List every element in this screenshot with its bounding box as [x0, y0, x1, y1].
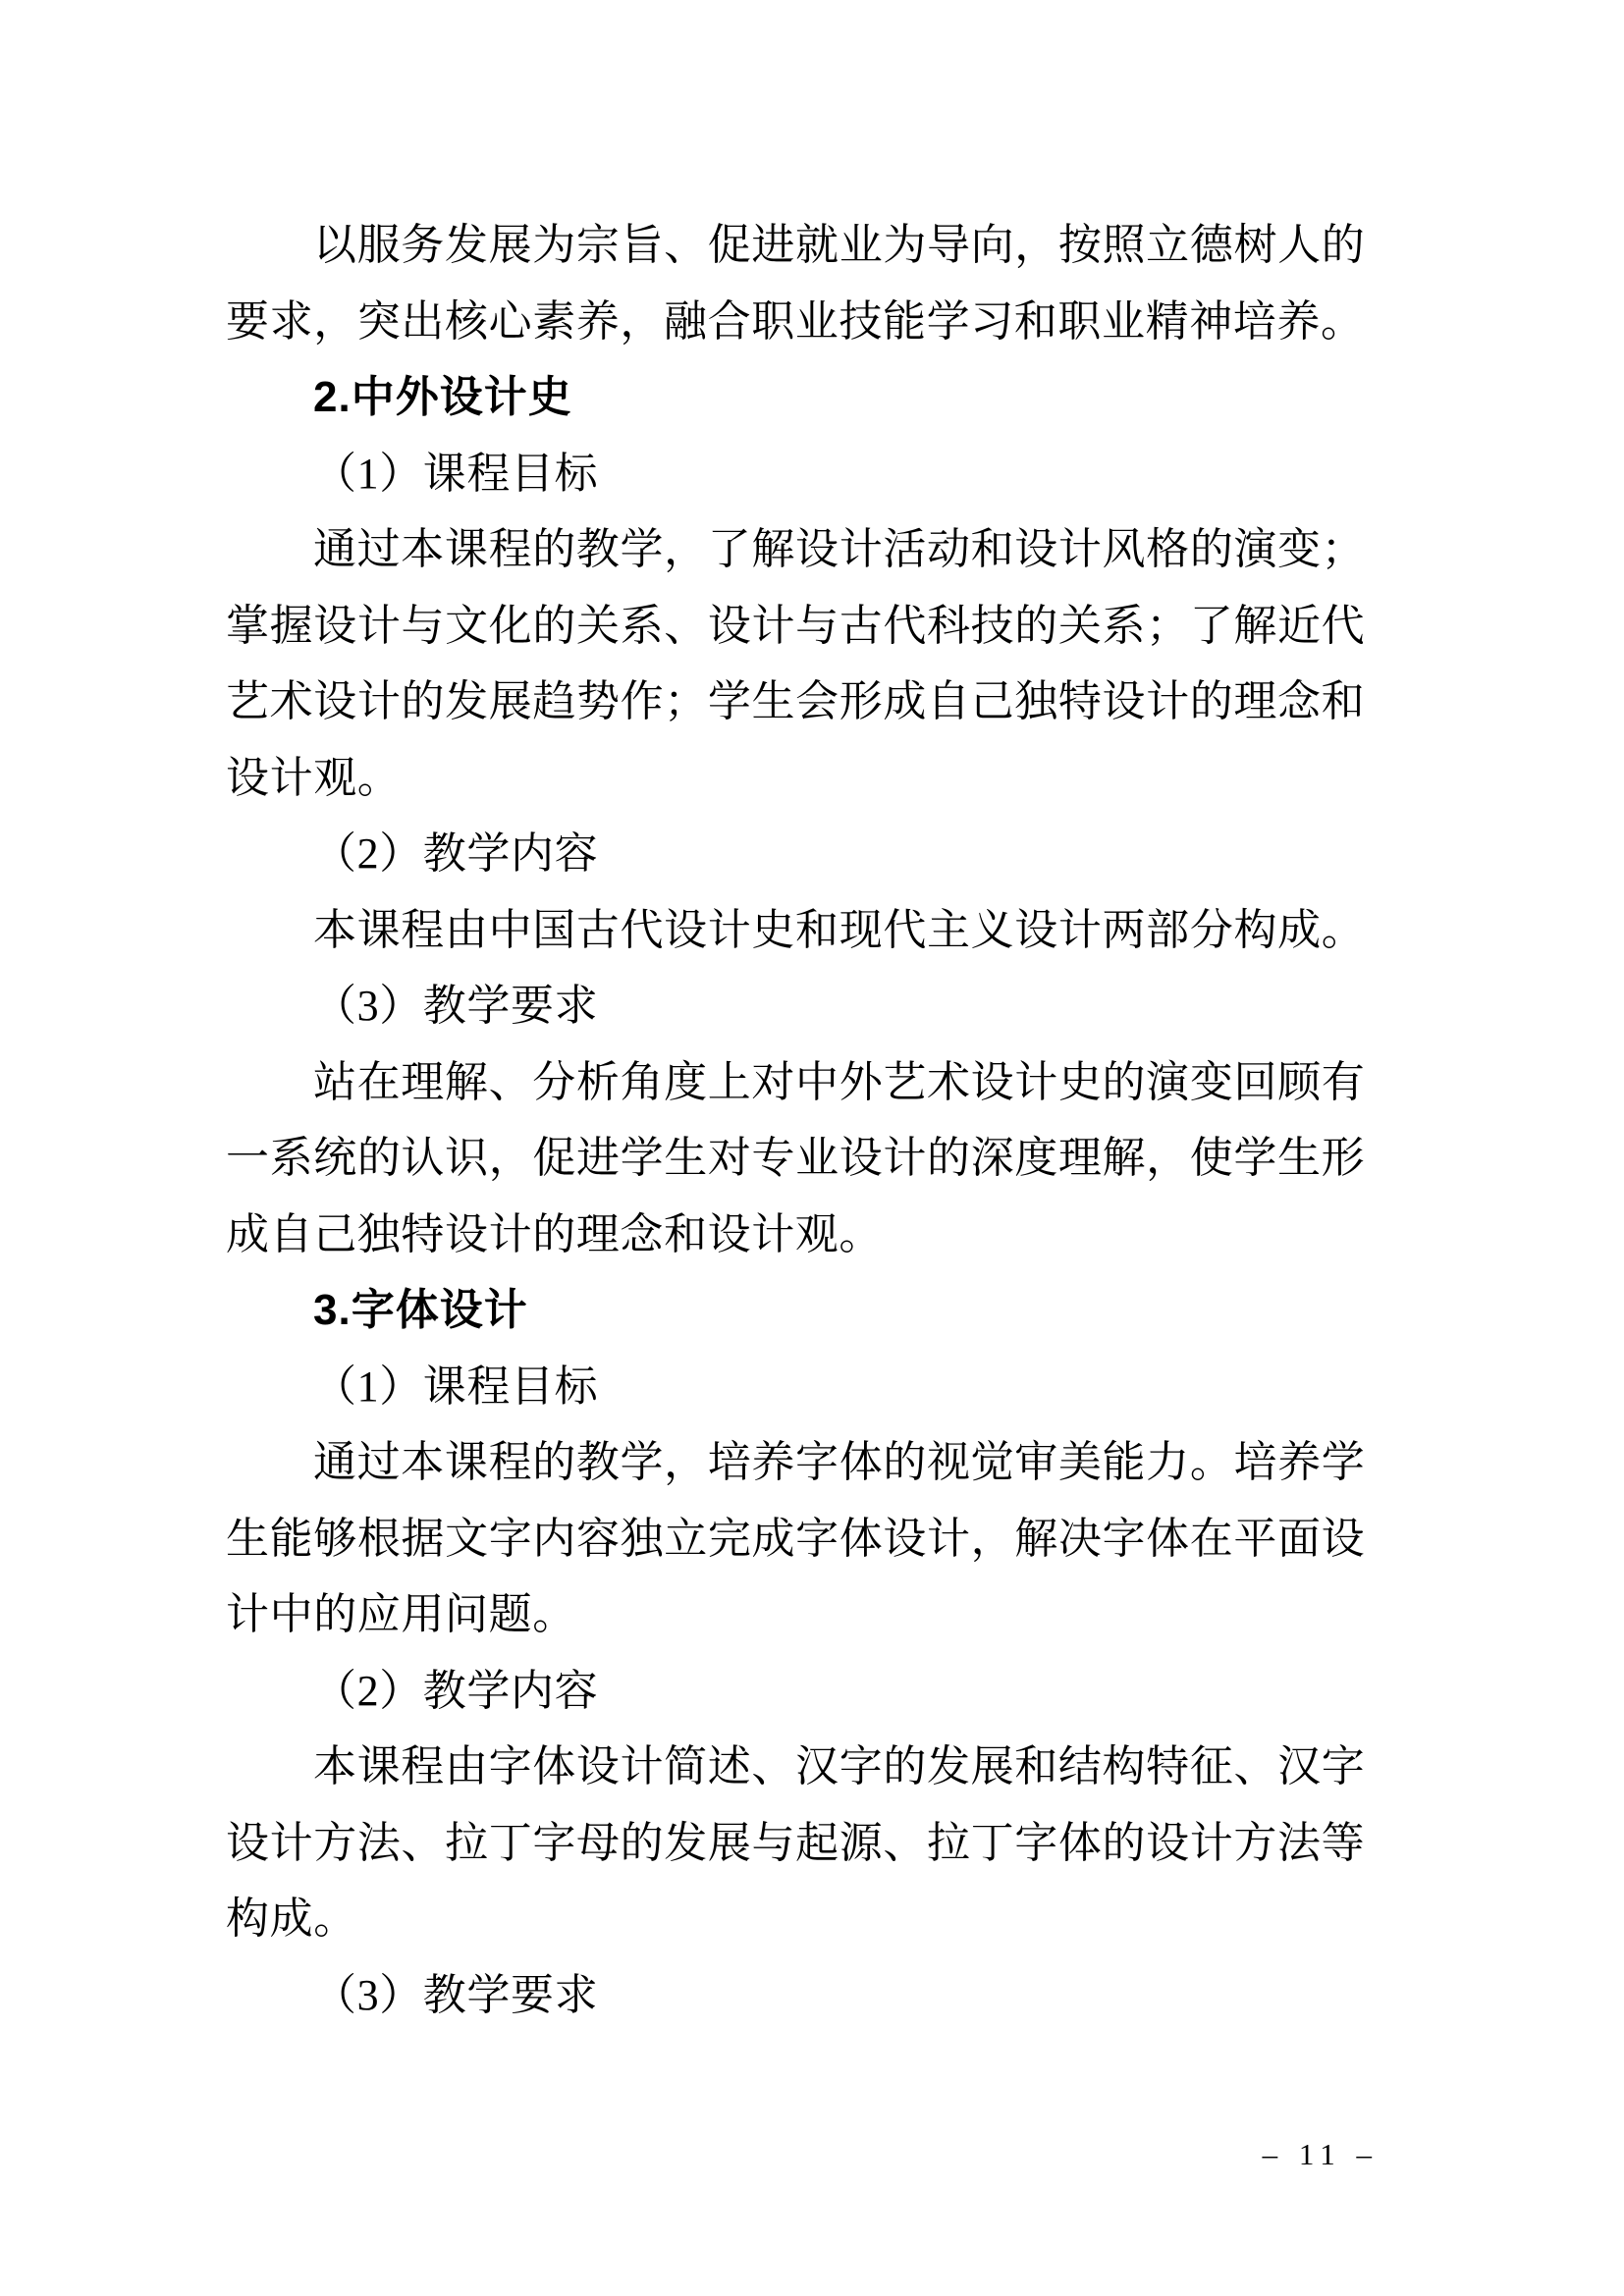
- clause-heading: （1）课程目标: [226, 436, 1365, 512]
- section-heading: 3.字体设计: [226, 1272, 1365, 1349]
- paragraph-line: 成自己独特设计的理念和设计观。: [226, 1197, 1365, 1273]
- paragraph-line: 掌握设计与文化的关系、设计与古代科技的关系；了解近代: [226, 588, 1365, 665]
- paragraph-line: 要求，突出核心素养，融合职业技能学习和职业精神培养。: [226, 284, 1365, 360]
- paragraph-line: 通过本课程的教学，培养字体的视觉审美能力。培养学: [226, 1424, 1365, 1501]
- paragraph-line: 艺术设计的发展趋势作；学生会形成自己独特设计的理念和: [226, 664, 1365, 740]
- paragraph-line: 构成。: [226, 1881, 1365, 1957]
- clause-heading: （3）教学要求: [226, 968, 1365, 1044]
- clause-heading: （2）教学内容: [226, 1653, 1365, 1730]
- paragraph-line: 一系统的认识，促进学生对专业设计的深度理解，使学生形: [226, 1120, 1365, 1197]
- paragraph-line: 计中的应用问题。: [226, 1576, 1365, 1653]
- paragraph-line: 以服务发展为宗旨、促进就业为导向，按照立德树人的: [226, 207, 1365, 284]
- paragraph-line: 本课程由中国古代设计史和现代主义设计两部分构成。: [226, 892, 1365, 969]
- paragraph-line: 设计观。: [226, 740, 1365, 817]
- document-text-block: 以服务发展为宗旨、促进就业为导向，按照立德树人的要求，突出核心素养，融合职业技能…: [226, 207, 1365, 2033]
- clause-heading: （3）教学要求: [226, 1957, 1365, 2034]
- clause-heading: （1）课程目标: [226, 1349, 1365, 1425]
- paragraph-line: 生能够根据文字内容独立完成字体设计，解决字体在平面设: [226, 1501, 1365, 1577]
- section-heading: 2.中外设计史: [226, 359, 1365, 436]
- paragraph-line: 站在理解、分析角度上对中外艺术设计史的演变回顾有: [226, 1044, 1365, 1121]
- paragraph-line: 通过本课程的教学，了解设计活动和设计风格的演变；: [226, 511, 1365, 588]
- document-page: 以服务发展为宗旨、促进就业为导向，按照立德树人的要求，突出核心素养，融合职业技能…: [0, 0, 1624, 2296]
- page-number: – 11 –: [1263, 2133, 1379, 2176]
- clause-heading: （2）教学内容: [226, 816, 1365, 892]
- paragraph-line: 设计方法、拉丁字母的发展与起源、拉丁字体的设计方法等: [226, 1805, 1365, 1882]
- paragraph-line: 本课程由字体设计简述、汉字的发展和结构特征、汉字: [226, 1729, 1365, 1805]
